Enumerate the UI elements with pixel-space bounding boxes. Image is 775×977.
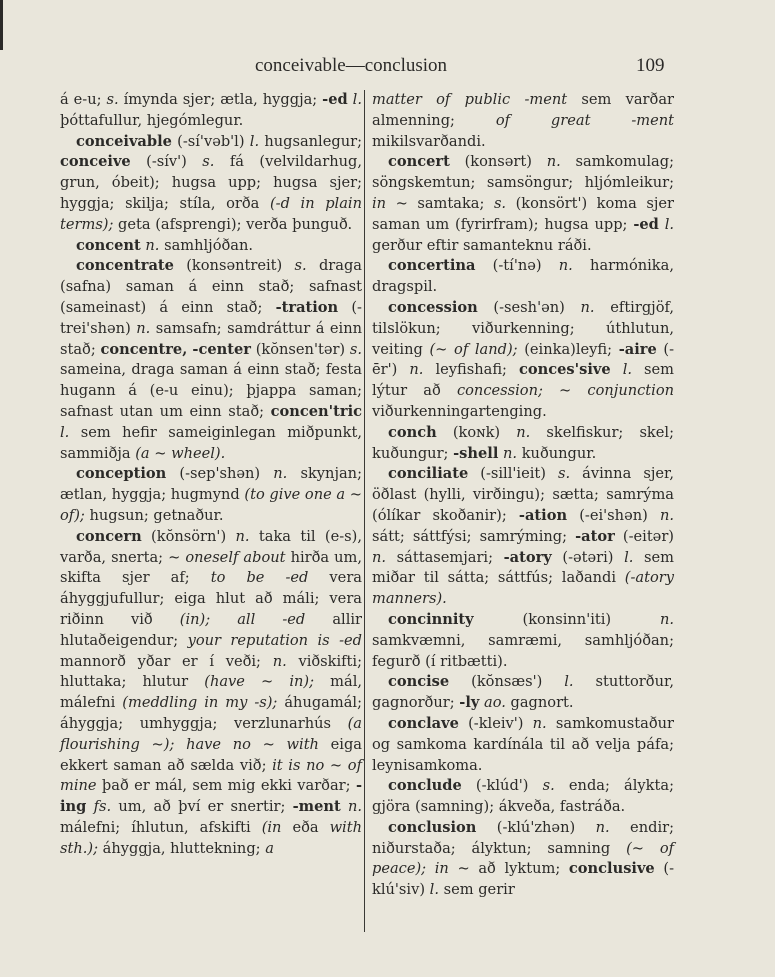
- italic-text: l.: [623, 361, 632, 378]
- definition-text: [341, 798, 348, 815]
- dictionary-entry: conciliate (-sill'ieit) s. ávinna sjer, …: [372, 464, 674, 610]
- column-divider: [364, 90, 365, 932]
- definition-text: leyfishafi;: [423, 361, 519, 378]
- definition-text: að lyktum;: [470, 860, 569, 877]
- headword: conceive: [60, 153, 131, 170]
- headword: concern: [76, 528, 142, 545]
- dictionary-entry: concise (kŏnsæs') l. stuttorður, gagnorð…: [372, 672, 674, 714]
- italic-text: n.: [581, 299, 595, 316]
- definition-text: (-sill'ieit): [468, 465, 558, 482]
- headword: -ly: [459, 694, 479, 711]
- definition-text: sem gerir: [439, 881, 515, 898]
- definition-text: samhljóðan.: [159, 237, 253, 254]
- definition-text: samkvæmni, samræmi, samhljóðan; fegurð (…: [372, 632, 674, 670]
- italic-text: n.: [372, 549, 386, 566]
- italic-text: s.: [494, 195, 506, 212]
- definition-text: (-klú'zhən): [476, 819, 595, 836]
- headword: -atory: [504, 549, 552, 566]
- definition-text: þóttafullur, hjegómlegur.: [60, 112, 243, 129]
- italic-text: s.: [295, 257, 307, 274]
- italic-text: l.: [353, 91, 362, 108]
- definition-text: mannorð yðar er í veði;: [60, 653, 273, 670]
- italic-text: n.: [236, 528, 250, 545]
- definition-text: sáttasemjari;: [386, 549, 504, 566]
- left-column: á e-u; s. ímynda sjer; ætla, hyggja; -ed…: [60, 90, 362, 859]
- definition-text: (kŏnsörn'): [142, 528, 236, 545]
- definition-text: (koɴk): [437, 424, 516, 441]
- dictionary-entry: concentrate (konsəntreit) s. draga (safn…: [60, 256, 362, 464]
- definition-text: kuðungur.: [517, 445, 596, 462]
- definition-text: [611, 361, 623, 378]
- italic-text: (meddling in my -s);: [122, 694, 277, 711]
- dictionary-entry: concinnity (konsinn'iti) n. samkvæmni, s…: [372, 610, 674, 672]
- definition-text: (-sep'shən): [166, 465, 273, 482]
- italic-text: in ~: [372, 195, 408, 212]
- headword: concentre, -center: [100, 341, 251, 358]
- definition-text: (-sí'vəb'l): [172, 133, 250, 150]
- definition-text: eða: [281, 819, 329, 836]
- right-column: matter of public -ment sem varðar almenn…: [372, 90, 674, 901]
- italic-text: l.: [564, 673, 573, 690]
- definition-text: sátt; sáttfýsi; samrýming;: [372, 528, 575, 545]
- dictionary-entry: concertina (-tí'nə) n. harmónika, dragsp…: [372, 256, 674, 298]
- italic-text: ao.: [484, 694, 506, 711]
- headword: -ation: [519, 507, 567, 524]
- headword: -ed: [633, 216, 659, 233]
- italic-text: n.: [136, 320, 150, 337]
- headword: -tration: [276, 299, 339, 316]
- definition-text: gagnort.: [506, 694, 574, 711]
- headword: concen'tric: [271, 403, 362, 420]
- entry-continuation: á e-u; s. ímynda sjer; ætla, hyggja; -ed…: [60, 90, 362, 132]
- headword: conclave: [388, 715, 459, 732]
- headword: -ment: [293, 798, 341, 815]
- headword: conclusive: [569, 860, 655, 877]
- definition-text: samtaka;: [408, 195, 494, 212]
- dictionary-entry: concern (kŏnsörn') n. taka til (e-s), va…: [60, 527, 362, 860]
- italic-text: s.: [350, 341, 362, 358]
- definition-text: viðurkenningartenging.: [372, 403, 547, 420]
- definition-text: ímynda sjer; ætla, hyggja;: [119, 91, 323, 108]
- headword: conclude: [388, 777, 462, 794]
- italic-text: n.: [660, 507, 674, 524]
- italic-text: n.: [273, 465, 287, 482]
- dictionary-entry: conclave (-kleiv') n. samkomustaður og s…: [372, 714, 674, 776]
- dictionary-entry: conclusion (-klú'zhən) n. endir; niðurst…: [372, 818, 674, 901]
- definition-text: (konsəntreit): [174, 257, 295, 274]
- italic-text: (have ~ in);: [204, 673, 314, 690]
- headword: conclusion: [388, 819, 476, 836]
- dictionary-entry: concert (konsərt) n. samkomulag; söngske…: [372, 152, 674, 256]
- italic-text: n.: [348, 798, 362, 815]
- headword: conception: [76, 465, 166, 482]
- dictionary-entry: concession (-sesh'ən) n. eftirgjöf, tils…: [372, 298, 674, 423]
- italic-text: matter of public -ment: [372, 91, 567, 108]
- italic-text: n.: [273, 653, 287, 670]
- definition-text: (-ei'shən): [567, 507, 660, 524]
- italic-text: l.: [430, 881, 439, 898]
- definition-text: málefni; íhlutun, afskifti: [60, 819, 262, 836]
- definition-text: gerður eftir samanteknu ráði.: [372, 237, 592, 254]
- italic-text: a: [265, 840, 274, 857]
- definition-text: (-ətəri): [552, 549, 624, 566]
- italic-text: n.: [533, 715, 547, 732]
- italic-text: l.: [665, 216, 674, 233]
- running-header: conceivable—conclusion 109: [0, 55, 775, 81]
- definition-text: (-kleiv'): [459, 715, 533, 732]
- definition-text: hugsun; getnaður.: [85, 507, 224, 524]
- italic-text: to be -ed: [211, 569, 309, 586]
- headword: concession: [388, 299, 478, 316]
- dictionary-entry: conception (-sep'shən) n. skynjan; ætlan…: [60, 464, 362, 526]
- headword: conces'sive: [519, 361, 611, 378]
- definition-text: (konsərt): [450, 153, 547, 170]
- headword: conceivable: [76, 133, 172, 150]
- italic-text: n.: [559, 257, 573, 274]
- italic-text: l.: [60, 424, 69, 441]
- italic-text: of great -ment: [496, 112, 674, 129]
- dictionary-entry: concent n. samhljóðan.: [60, 236, 362, 257]
- italic-text: (~ of land);: [429, 341, 517, 358]
- definition-text: (kŏnsæs'): [449, 673, 564, 690]
- dictionary-entry: conch (koɴk) n. skelfiskur; skel; kuðung…: [372, 423, 674, 465]
- definition-text: (konsinn'iti): [474, 611, 660, 628]
- italic-text: n.: [596, 819, 610, 836]
- italic-text: l.: [250, 133, 259, 150]
- definition-text: (-eitər): [615, 528, 674, 545]
- italic-text: s.: [558, 465, 570, 482]
- italic-text: n.: [660, 611, 674, 628]
- definition-text: (kŏnsen'tər): [251, 341, 350, 358]
- headword: concentrate: [76, 257, 174, 274]
- italic-text: n.: [503, 445, 517, 462]
- italic-text: your reputation is -ed: [188, 632, 362, 649]
- definition-text: á e-u;: [60, 91, 106, 108]
- italic-text: s.: [106, 91, 118, 108]
- italic-text: fs.: [94, 798, 112, 815]
- headword: conch: [388, 424, 437, 441]
- headword: concent: [76, 237, 141, 254]
- dictionary-entry: conceivable (-sí'vəb'l) l. hugsanlegur; …: [60, 132, 362, 236]
- headword: concise: [388, 673, 449, 690]
- italic-text: n.: [409, 361, 423, 378]
- italic-text: ~ oneself about: [168, 549, 285, 566]
- definition-text: hugsanlegur;: [259, 133, 362, 150]
- italic-text: (in: [262, 819, 282, 836]
- headword: concinnity: [388, 611, 474, 628]
- italic-text: concession; ~ conjunction: [457, 382, 674, 399]
- headword: conciliate: [388, 465, 468, 482]
- headword: concertina: [388, 257, 475, 274]
- definition-text: geta (afsprengi); verða þunguð.: [113, 216, 352, 233]
- italic-text: s.: [202, 153, 214, 170]
- italic-text: (a ~ wheel).: [135, 445, 225, 462]
- definition-text: (-sív'): [131, 153, 203, 170]
- dictionary-entry: conclude (-klúd') s. enda; álykta; gjöra…: [372, 776, 674, 818]
- definition-text: áhyggja, hluttekning;: [98, 840, 265, 857]
- headword: -aire: [619, 341, 657, 358]
- italic-text: n.: [516, 424, 530, 441]
- entry-continuation: matter of public -ment sem varðar almenn…: [372, 90, 674, 152]
- definition-text: (-sesh'ən): [478, 299, 581, 316]
- headword: -shell: [453, 445, 498, 462]
- definition-text: (-tí'nə): [475, 257, 558, 274]
- page-edge-mark: [0, 0, 3, 50]
- definition-text: það er mál, sem mig ekki varðar;: [97, 777, 356, 794]
- headword: -ator: [575, 528, 615, 545]
- definition-text: [86, 798, 93, 815]
- italic-text: n.: [145, 237, 159, 254]
- definition-text: (einka)leyfi;: [518, 341, 619, 358]
- headword: -ed: [322, 91, 348, 108]
- definition-text: [174, 736, 186, 753]
- definition-text: mikilsvarðandi.: [372, 133, 486, 150]
- headword: concert: [388, 153, 450, 170]
- italic-text: (in); all -ed: [180, 611, 305, 628]
- definition-text: (-klúd'): [462, 777, 543, 794]
- italic-text: have no ~ with: [186, 736, 319, 753]
- running-head-title: conceivable—conclusion: [255, 55, 447, 77]
- italic-text: n.: [547, 153, 561, 170]
- italic-text: s.: [543, 777, 555, 794]
- definition-text: um, að því er snertir;: [111, 798, 292, 815]
- page-number: 109: [636, 55, 665, 77]
